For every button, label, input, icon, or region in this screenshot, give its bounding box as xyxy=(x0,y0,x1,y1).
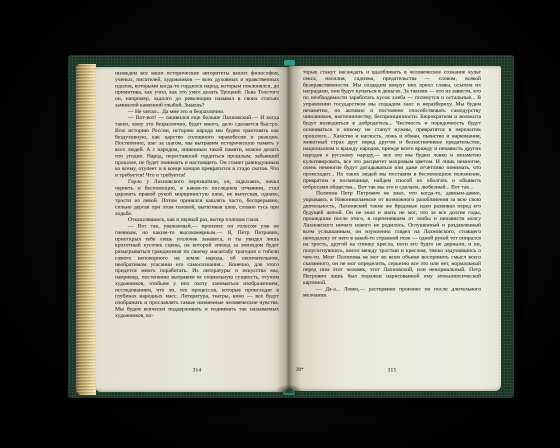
left-page-text: 314 низведем все ваши исторические автор… xyxy=(115,70,279,382)
open-book: 314 низведем все ваши исторические автор… xyxy=(68,55,514,398)
left-page-text-column: 314 низведем все ваши исторические автор… xyxy=(115,70,279,382)
page-block-fore-edge xyxy=(76,64,96,395)
paragraph: Горло у Лахновского перехватило, он, зад… xyxy=(115,178,279,216)
paragraph: торые станут насаждать и вдалбливать в ч… xyxy=(303,69,481,190)
right-page-number: 315 xyxy=(303,367,481,373)
right-page-text-column: 20* 315 торые станут насаждать и вдалбли… xyxy=(303,69,481,385)
right-page: 20* 315 торые станут насаждать и вдалбли… xyxy=(289,66,501,391)
paragraph: Полипов Петр Петрович не знал, что когда… xyxy=(303,190,481,286)
paragraph: — Вот так, уважаемый,— произнес он голос… xyxy=(115,223,279,319)
right-page-text: 20* 315 торые станут насаждать и вдалбли… xyxy=(303,69,481,389)
left-page: 314 низведем все ваши исторические автор… xyxy=(95,67,289,392)
paragraph: — Да-а... Ловко,— растерянно произнес он… xyxy=(303,286,481,299)
paragraph: низведем все ваши исторические авторитет… xyxy=(115,70,279,108)
left-page-number: 314 xyxy=(115,367,279,373)
photo-background: 314 низведем все ваши исторические автор… xyxy=(0,0,560,448)
paragraph: — Вот-вот! — оживился еще больше Лахновс… xyxy=(115,115,279,179)
